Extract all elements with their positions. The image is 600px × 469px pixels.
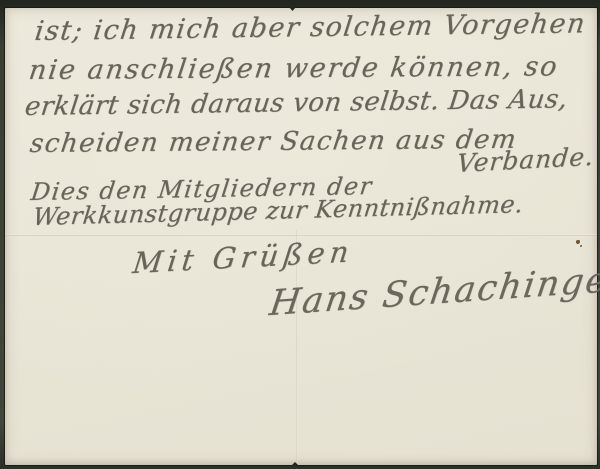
handwriting-word-verbande: Verbande. [456,142,596,178]
paper-edge-notch-top [289,7,296,11]
handwriting-line-1: ist; ich mich aber solchem Vorgehen [33,8,588,47]
horizontal-fold-crease [5,234,597,236]
handwriting-line-2: nie anschließen werde können, so [27,51,561,86]
letter-paper: ist; ich mich aber solchem Vorgehen nie … [5,8,597,465]
handwriting-closing: Mit Grüßen [131,234,356,280]
scan-background: ist; ich mich aber solchem Vorgehen nie … [0,0,600,469]
ink-speck [576,240,580,244]
handwriting-line-4: scheiden meiner Sachen aus dem [28,125,519,159]
handwriting-line-3: erklärt sich daraus von selbst. Das Aus, [23,84,569,122]
